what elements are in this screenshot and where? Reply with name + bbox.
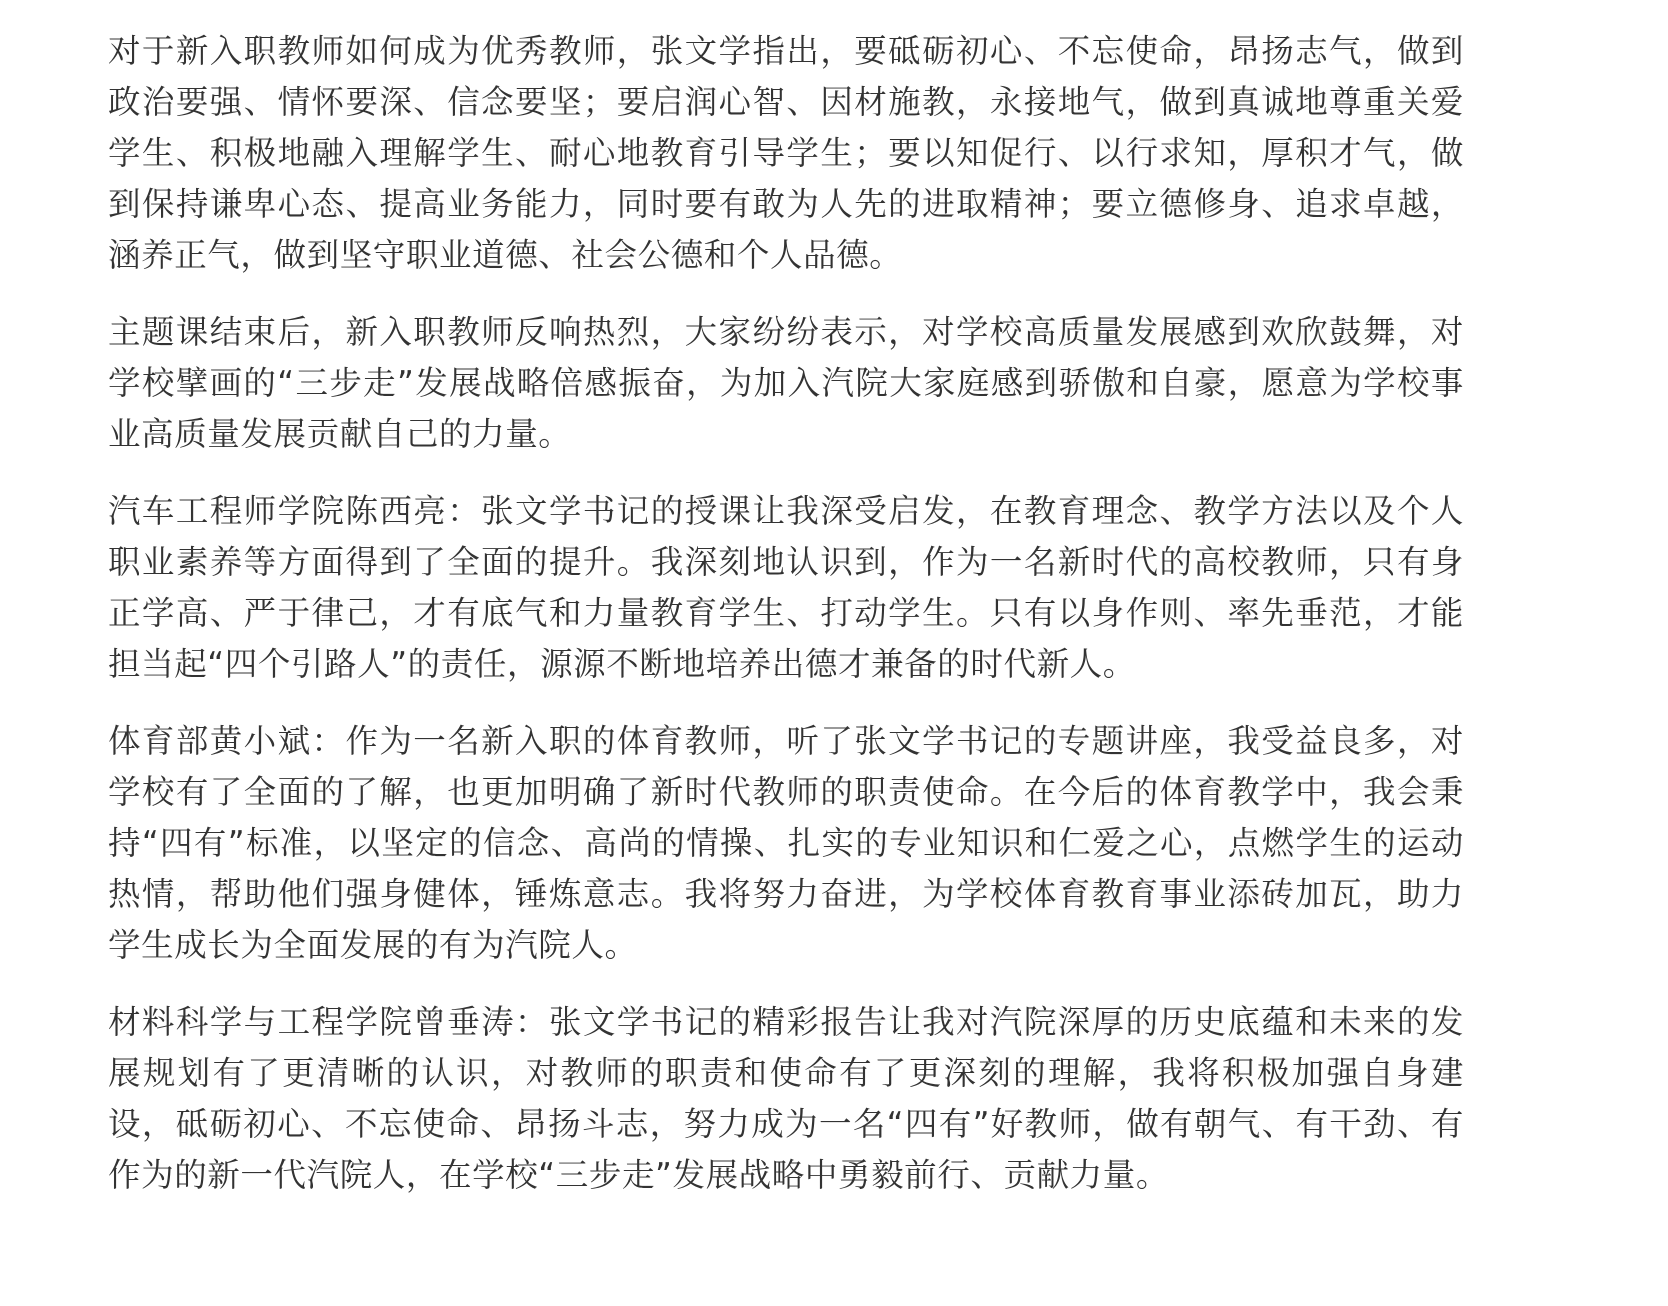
paragraph-new-teacher-guidance: 对于新入职教师如何成为优秀教师，张文学指出，要砥砺初心、不忘使命，昂扬志气，做到… [108,26,1464,281]
paragraph-quote-zeng-chuitao: 材料科学与工程学院曾垂涛：张文学书记的精彩报告让我对汽院深厚的历史底蕴和未来的发… [108,997,1464,1201]
article-body: 对于新入职教师如何成为优秀教师，张文学指出，要砥砺初心、不忘使命，昂扬志气，做到… [108,26,1464,1227]
paragraph-teacher-response: 主题课结束后，新入职教师反响热烈，大家纷纷表示，对学校高质量发展感到欢欣鼓舞，对… [108,307,1464,460]
paragraph-quote-huang-xiaobin: 体育部黄小斌：作为一名新入职的体育教师，听了张文学书记的专题讲座，我受益良多，对… [108,716,1464,971]
paragraph-quote-chen-xiliang: 汽车工程师学院陈西亮：张文学书记的授课让我深受启发，在教育理念、教学方法以及个人… [108,486,1464,690]
